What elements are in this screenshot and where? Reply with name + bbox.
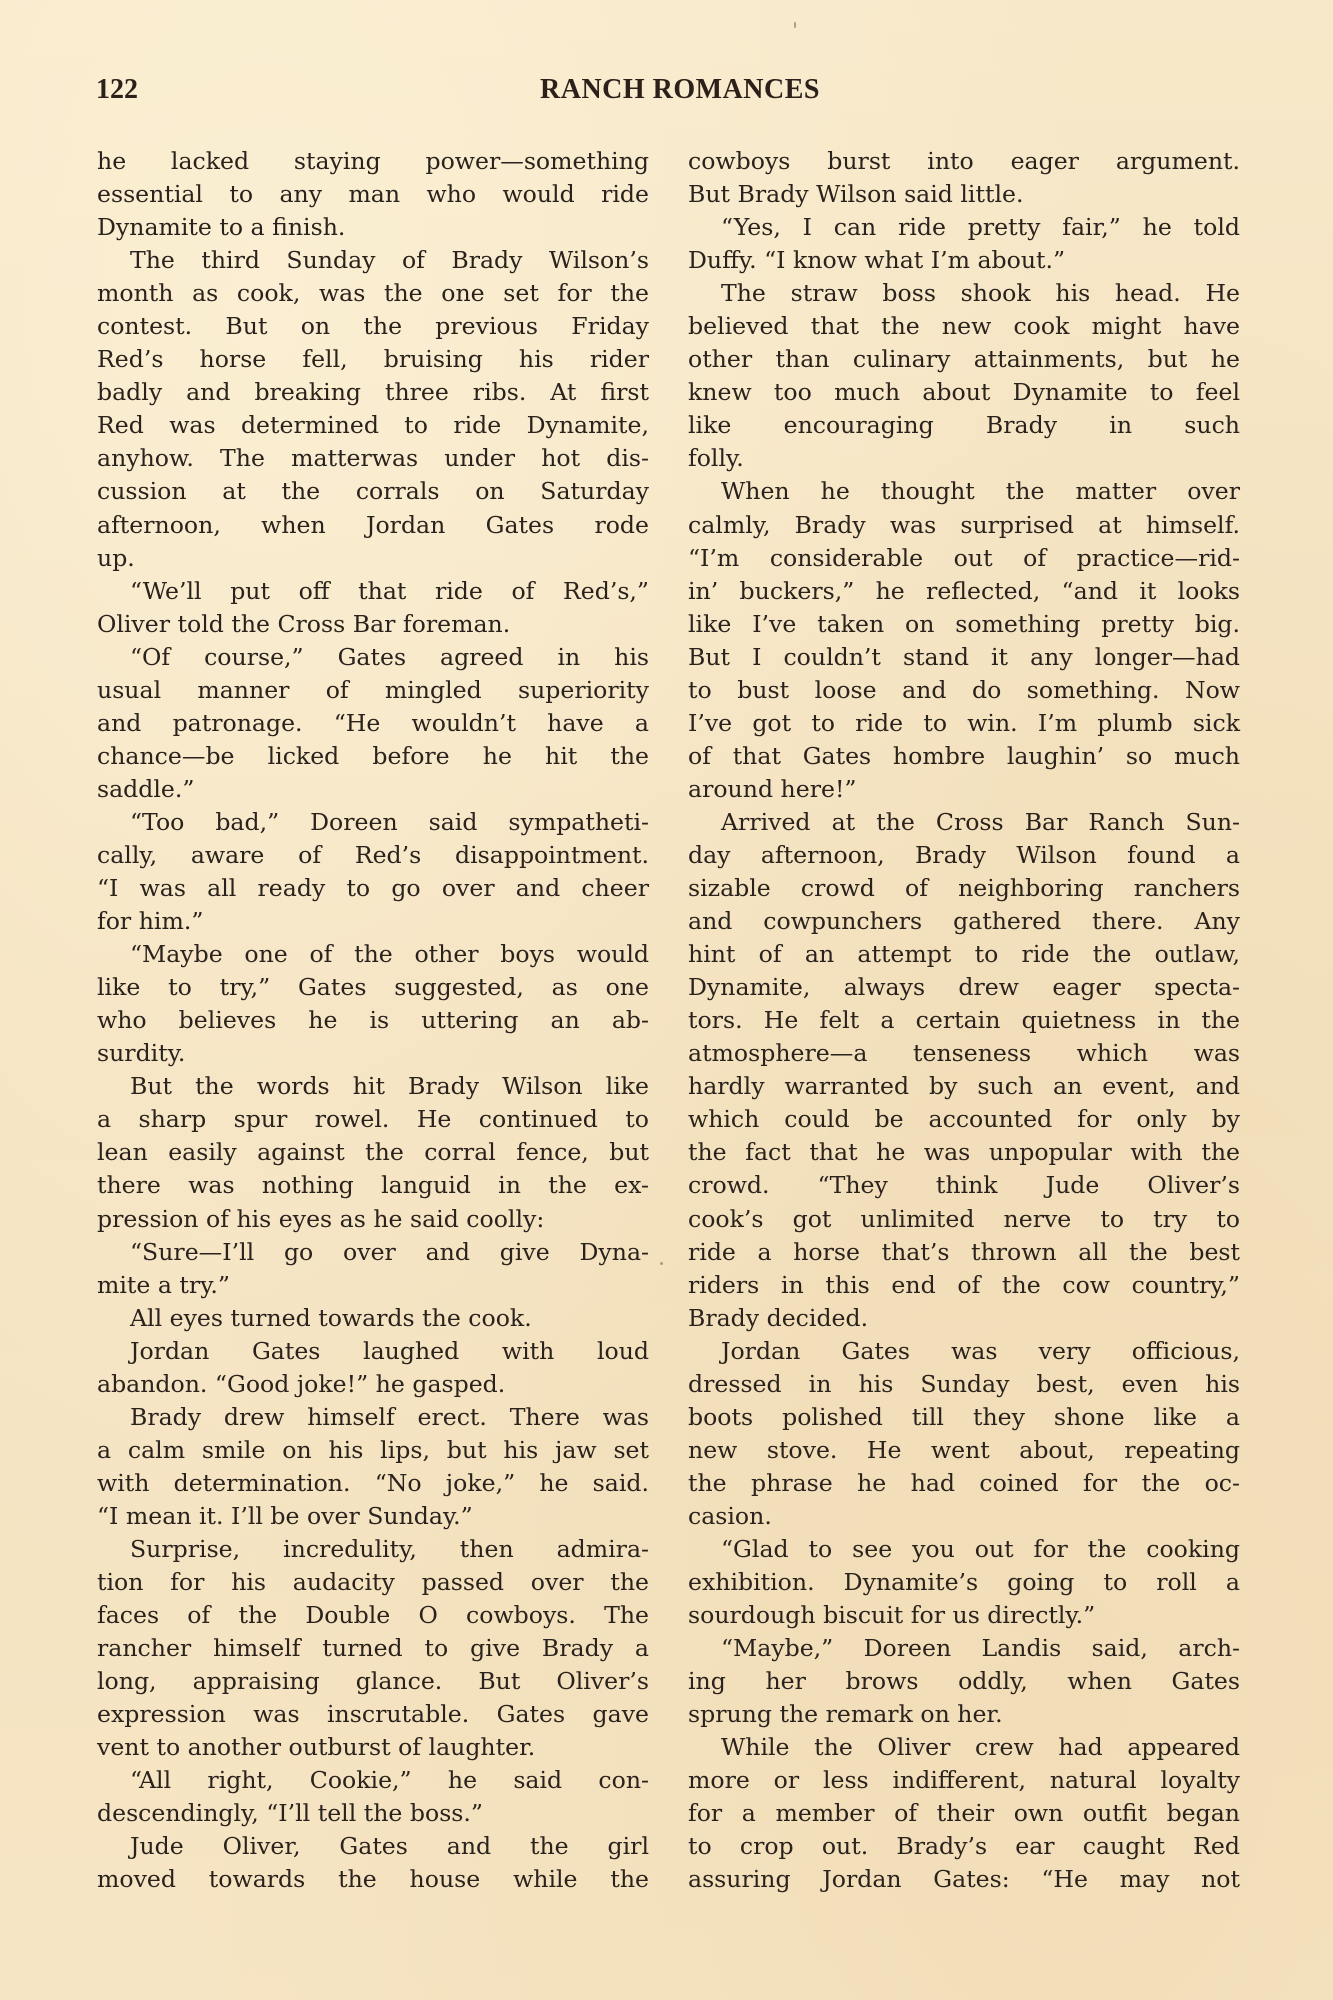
text-line: tors. He felt a certain quietness in the — [688, 1004, 1240, 1037]
text-line: and patronage. “He wouldn’t have a — [97, 707, 649, 740]
text-line: to bust loose and do something. Now — [688, 674, 1240, 707]
text-line: believed that the new cook might have — [688, 310, 1240, 343]
text-line: for a member of their own outfit began — [688, 1797, 1240, 1830]
text-line: who believes he is uttering an ab- — [97, 1004, 649, 1037]
paragraph: Jude Oliver, Gates and the girlmoved tow… — [97, 1830, 649, 1896]
text-line: a sharp spur rowel. He continued to — [97, 1103, 649, 1136]
paragraph: The third Sunday of Brady Wilson’smonth … — [97, 244, 649, 574]
text-column-right: cowboys burst into eager argument.But Br… — [688, 145, 1240, 1896]
text-line: the phrase he had coined for the oc- — [688, 1467, 1240, 1500]
text-line: which could be accounted for only by — [688, 1103, 1240, 1136]
text-line: exhibition. Dynamite’s going to roll a — [688, 1566, 1240, 1599]
text-line: “All right, Cookie,” he said con- — [97, 1764, 649, 1797]
text-line: abandon. “Good joke!” he gasped. — [97, 1368, 649, 1401]
text-line: Red was determined to ride Dynamite, — [97, 409, 649, 442]
text-line: contest. But on the previous Friday — [97, 310, 649, 343]
text-line: mite a try.” — [97, 1269, 649, 1302]
text-line: But Brady Wilson said little. — [688, 178, 1240, 211]
text-line: calmly, Brady was surprised at himself. — [688, 509, 1240, 542]
text-line: “Too bad,” Doreen said sympatheti- — [97, 806, 649, 839]
text-line: of that Gates hombre laughin’ so much — [688, 740, 1240, 773]
paragraph: “Of course,” Gates agreed in hisusual ma… — [97, 641, 649, 806]
text-line: knew too much about Dynamite to feel — [688, 376, 1240, 409]
paragraph: “Too bad,” Doreen said sympatheti-cally,… — [97, 806, 649, 938]
text-line: new stove. He went about, repeating — [688, 1434, 1240, 1467]
text-line: long, appraising glance. But Oliver’s — [97, 1665, 649, 1698]
text-line: hardly warranted by such an event, and — [688, 1070, 1240, 1103]
text-line: “Glad to see you out for the cooking — [688, 1533, 1240, 1566]
text-line: ride a horse that’s thrown all the best — [688, 1236, 1240, 1269]
text-line: pression of his eyes as he said coolly: — [97, 1203, 649, 1236]
text-line: like I’ve taken on something pretty big. — [688, 608, 1240, 641]
text-line: “I was all ready to go over and cheer — [97, 872, 649, 905]
text-line: day afternoon, Brady Wilson found a — [688, 839, 1240, 872]
text-line: the fact that he was unpopular with the — [688, 1136, 1240, 1169]
text-line: cook’s got unlimited nerve to try to — [688, 1203, 1240, 1236]
text-line: All eyes turned towards the cook. — [97, 1302, 649, 1335]
text-line: Jordan Gates was very officious, — [688, 1335, 1240, 1368]
text-line: folly. — [688, 442, 1240, 475]
paragraph: Arrived at the Cross Bar Ranch Sun-day a… — [688, 806, 1240, 1335]
paragraph: When he thought the matter overcalmly, B… — [688, 475, 1240, 805]
paragraph: “Maybe,” Doreen Landis said, arch-ing he… — [688, 1632, 1240, 1731]
text-line: hint of an attempt to ride the outlaw, — [688, 938, 1240, 971]
text-line: But the words hit Brady Wilson like — [97, 1070, 649, 1103]
text-line: “I mean it. I’ll be over Sunday.” — [97, 1500, 649, 1533]
text-line: “Yes, I can ride pretty fair,” he told — [688, 211, 1240, 244]
text-line: The straw boss shook his head. He — [688, 277, 1240, 310]
text-line: crowd. “They think Jude Oliver’s — [688, 1169, 1240, 1202]
text-line: cowboys burst into eager argument. — [688, 145, 1240, 178]
text-line: “I’m considerable out of practice—rid- — [688, 542, 1240, 575]
text-line: there was nothing languid in the ex- — [97, 1169, 649, 1202]
text-line: When he thought the matter over — [688, 475, 1240, 508]
text-line: and cowpunchers gathered there. Any — [688, 905, 1240, 938]
text-line: like to try,” Gates suggested, as one — [97, 971, 649, 1004]
text-line: rancher himself turned to give Brady a — [97, 1632, 649, 1665]
paragraph: cowboys burst into eager argument.But Br… — [688, 145, 1240, 211]
text-line: up. — [97, 542, 649, 575]
text-line: usual manner of mingled superiority — [97, 674, 649, 707]
paper-speck — [660, 1262, 663, 1265]
text-column-left: he lacked staying power—somethingessenti… — [97, 145, 649, 1896]
text-line: around here!” — [688, 773, 1240, 806]
paragraph: “Maybe one of the other boys wouldlike t… — [97, 938, 649, 1070]
paragraph: Surprise, incredulity, then admira-tion … — [97, 1533, 649, 1764]
text-line: tion for his audacity passed over the — [97, 1566, 649, 1599]
paragraph: Brady drew himself erect. There wasa cal… — [97, 1401, 649, 1533]
text-line: faces of the Double O cowboys. The — [97, 1599, 649, 1632]
paragraph: All eyes turned towards the cook. — [97, 1302, 649, 1335]
text-line: boots polished till they shone like a — [688, 1401, 1240, 1434]
paragraph: The straw boss shook his head. Hebelieve… — [688, 277, 1240, 475]
paragraph: he lacked staying power—somethingessenti… — [97, 145, 649, 244]
text-line: But I couldn’t stand it any longer—had — [688, 641, 1240, 674]
text-line: “Maybe one of the other boys would — [97, 938, 649, 971]
text-line: anyhow. The matterwas under hot dis- — [97, 442, 649, 475]
text-line: cussion at the corrals on Saturday — [97, 475, 649, 508]
text-line: sourdough biscuit for us directly.” — [688, 1599, 1240, 1632]
text-line: Dynamite, always drew eager specta- — [688, 971, 1240, 1004]
text-line: “Of course,” Gates agreed in his — [97, 641, 649, 674]
text-line: Duffy. “I know what I’m about.” — [688, 244, 1240, 277]
text-line: Jordan Gates laughed with loud — [97, 1335, 649, 1368]
text-line: to crop out. Brady’s ear caught Red — [688, 1830, 1240, 1863]
text-line: other than culinary attainments, but he — [688, 343, 1240, 376]
publication-title: RANCH ROMANCES — [96, 74, 1244, 106]
paragraph: But the words hit Brady Wilson likea sha… — [97, 1070, 649, 1235]
text-line: Oliver told the Cross Bar foreman. — [97, 608, 649, 641]
paragraph: “We’ll put off that ride of Red’s,”Olive… — [97, 575, 649, 641]
text-line: surdity. — [97, 1037, 649, 1070]
text-line: afternoon, when Jordan Gates rode — [97, 509, 649, 542]
paper-speck — [794, 22, 796, 28]
paragraph: Jordan Gates was very officious,dressed … — [688, 1335, 1240, 1533]
text-line: Arrived at the Cross Bar Ranch Sun- — [688, 806, 1240, 839]
text-line: Jude Oliver, Gates and the girl — [97, 1830, 649, 1863]
text-line: more or less indifferent, natural loyalt… — [688, 1764, 1240, 1797]
text-line: riders in this end of the cow country,” — [688, 1269, 1240, 1302]
text-line: descendingly, “I’ll tell the boss.” — [97, 1797, 649, 1830]
text-line: he lacked staying power—something — [97, 145, 649, 178]
text-line: a calm smile on his lips, but his jaw se… — [97, 1434, 649, 1467]
paragraph: Jordan Gates laughed with loudabandon. “… — [97, 1335, 649, 1401]
text-line: expression was inscrutable. Gates gave — [97, 1698, 649, 1731]
text-line: “Sure—I’ll go over and give Dyna- — [97, 1236, 649, 1269]
text-line: I’ve got to ride to win. I’m plumb sick — [688, 707, 1240, 740]
text-line: lean easily against the corral fence, bu… — [97, 1136, 649, 1169]
text-line: in’ buckers,” he reflected, “and it look… — [688, 575, 1240, 608]
text-line: cally, aware of Red’s disappointment. — [97, 839, 649, 872]
text-line: While the Oliver crew had appeared — [688, 1731, 1240, 1764]
text-line: The third Sunday of Brady Wilson’s — [97, 244, 649, 277]
text-line: Dynamite to a finish. — [97, 211, 649, 244]
text-line: casion. — [688, 1500, 1240, 1533]
text-line: saddle.” — [97, 773, 649, 806]
running-head: 122 RANCH ROMANCES — [96, 74, 1244, 114]
text-line: for him.” — [97, 905, 649, 938]
text-line: vent to another outburst of laughter. — [97, 1731, 649, 1764]
text-line: sizable crowd of neighboring ranchers — [688, 872, 1240, 905]
text-line: sprung the remark on her. — [688, 1698, 1240, 1731]
magazine-page: 122 RANCH ROMANCES he lacked staying pow… — [0, 0, 1333, 2000]
text-line: ing her brows oddly, when Gates — [688, 1665, 1240, 1698]
text-line: Red’s horse fell, bruising his rider — [97, 343, 649, 376]
text-line: moved towards the house while the — [97, 1863, 649, 1896]
text-line: Brady decided. — [688, 1302, 1240, 1335]
paragraph: “Yes, I can ride pretty fair,” he toldDu… — [688, 211, 1240, 277]
text-line: essential to any man who would ride — [97, 178, 649, 211]
paragraph: While the Oliver crew had appearedmore o… — [688, 1731, 1240, 1896]
text-line: month as cook, was the one set for the — [97, 277, 649, 310]
text-line: badly and breaking three ribs. At first — [97, 376, 649, 409]
text-line: “Maybe,” Doreen Landis said, arch- — [688, 1632, 1240, 1665]
text-line: with determination. “No joke,” he said. — [97, 1467, 649, 1500]
paragraph: “Glad to see you out for the cookingexhi… — [688, 1533, 1240, 1632]
paragraph: “Sure—I’ll go over and give Dyna-mite a … — [97, 1236, 649, 1302]
text-line: atmosphere—a tenseness which was — [688, 1037, 1240, 1070]
text-line: “We’ll put off that ride of Red’s,” — [97, 575, 649, 608]
text-line: dressed in his Sunday best, even his — [688, 1368, 1240, 1401]
paragraph: “All right, Cookie,” he said con-descend… — [97, 1764, 649, 1830]
text-line: Brady drew himself erect. There was — [97, 1401, 649, 1434]
text-line: Surprise, incredulity, then admira- — [97, 1533, 649, 1566]
text-line: like encouraging Brady in such — [688, 409, 1240, 442]
text-line: chance—be licked before he hit the — [97, 740, 649, 773]
text-line: assuring Jordan Gates: “He may not — [688, 1863, 1240, 1896]
